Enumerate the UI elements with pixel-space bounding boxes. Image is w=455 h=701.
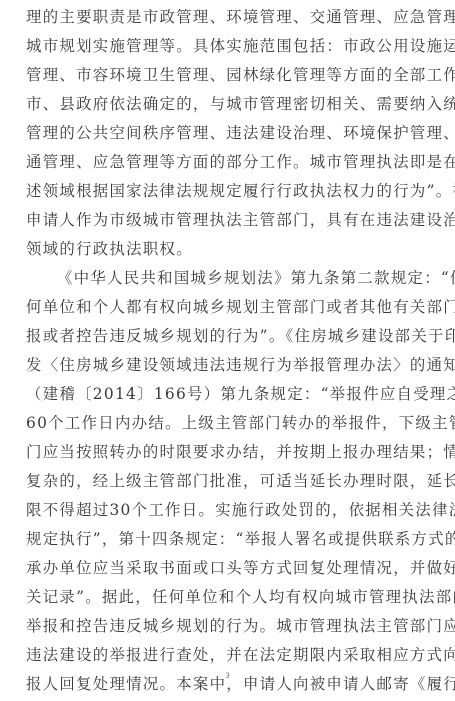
text-line: 规定执行”，第十四条规定：“举报人署名或提供联系方式的， xyxy=(26,525,430,554)
text-line: 通管理、应急管理等方面的部分工作。城市管理执法即是在上 xyxy=(26,148,430,177)
text-line: 复杂的，经上级主管部门批准，可适当延长办理时限，延长时 xyxy=(26,467,430,496)
text-line: 违法建设的举报进行查处，并在法定期限内采取相应方式向举 xyxy=(26,641,430,670)
text-line: 限不得超过30个工作日。实施行政处罚的，依据相关法律法规 xyxy=(26,496,430,525)
text-line: 述领域根据国家法律法规规定履行行政执法权力的行为”。被 xyxy=(26,177,430,206)
text-line: 领域的行政执法职权。 xyxy=(26,235,430,264)
text-line: 60个工作日内办结。上级主管部门转办的举报件，下级主管部 xyxy=(26,409,430,438)
text-line: 城市规划实施管理等。具体实施范围包括：市政公用设施运行 xyxy=(26,32,430,61)
document-page: 理的主要职责是市政管理、环境管理、交通管理、应急管理和 城市规划实施管理等。具体… xyxy=(0,0,455,701)
text-line: 理的主要职责是市政管理、环境管理、交通管理、应急管理和 xyxy=(26,3,430,32)
paragraph-1: 理的主要职责是市政管理、环境管理、交通管理、应急管理和 城市规划实施管理等。具体… xyxy=(26,3,430,264)
page-number: 3 xyxy=(0,671,455,680)
text-line: 举报和控告违反城乡规划的行为。城市管理执法主管部门应对 xyxy=(26,612,430,641)
text-line: 管理、市容环境卫生管理、园林绿化管理等方面的全部工作； xyxy=(26,61,430,90)
text-line: 承办单位应当采取书面或口头等方式回复处理情况，并做好相 xyxy=(26,554,430,583)
text-line: 申请人作为市级城市管理执法主管部门，具有在违法建设治理 xyxy=(26,206,430,235)
text-line: 门应当按照转办的时限要求办结，并按期上报办理结果；情况 xyxy=(26,438,430,467)
text-line: 市、县政府依法确定的，与城市管理密切相关、需要纳入统一 xyxy=(26,90,430,119)
text-line: 何单位和个人都有权向城乡规划主管部门或者其他有关部门举 xyxy=(26,293,430,322)
text-line: 发〈住房城乡建设领域违法违规行为举报管理办法〉的通知》 xyxy=(26,351,430,380)
paragraph-2: 《中华人民共和国城乡规划法》第九条第二款规定：“任 何单位和个人都有权向城乡规划… xyxy=(26,264,430,699)
text-line: （建稽〔2014〕166号）第九条规定：“举报件应自受理之日起 xyxy=(26,380,430,409)
text-line: 关记录”。据此，任何单位和个人均有权向城市管理执法部门 xyxy=(26,583,430,612)
document-body: 理的主要职责是市政管理、环境管理、交通管理、应急管理和 城市规划实施管理等。具体… xyxy=(26,3,430,699)
text-line: 《中华人民共和国城乡规划法》第九条第二款规定：“任 xyxy=(26,264,430,293)
text-line: 管理的公共空间秩序管理、违法建设治理、环境保护管理、交 xyxy=(26,119,430,148)
text-line: 报或者控告违反城乡规划的行为”。《住房城乡建设部关于印 xyxy=(26,322,430,351)
